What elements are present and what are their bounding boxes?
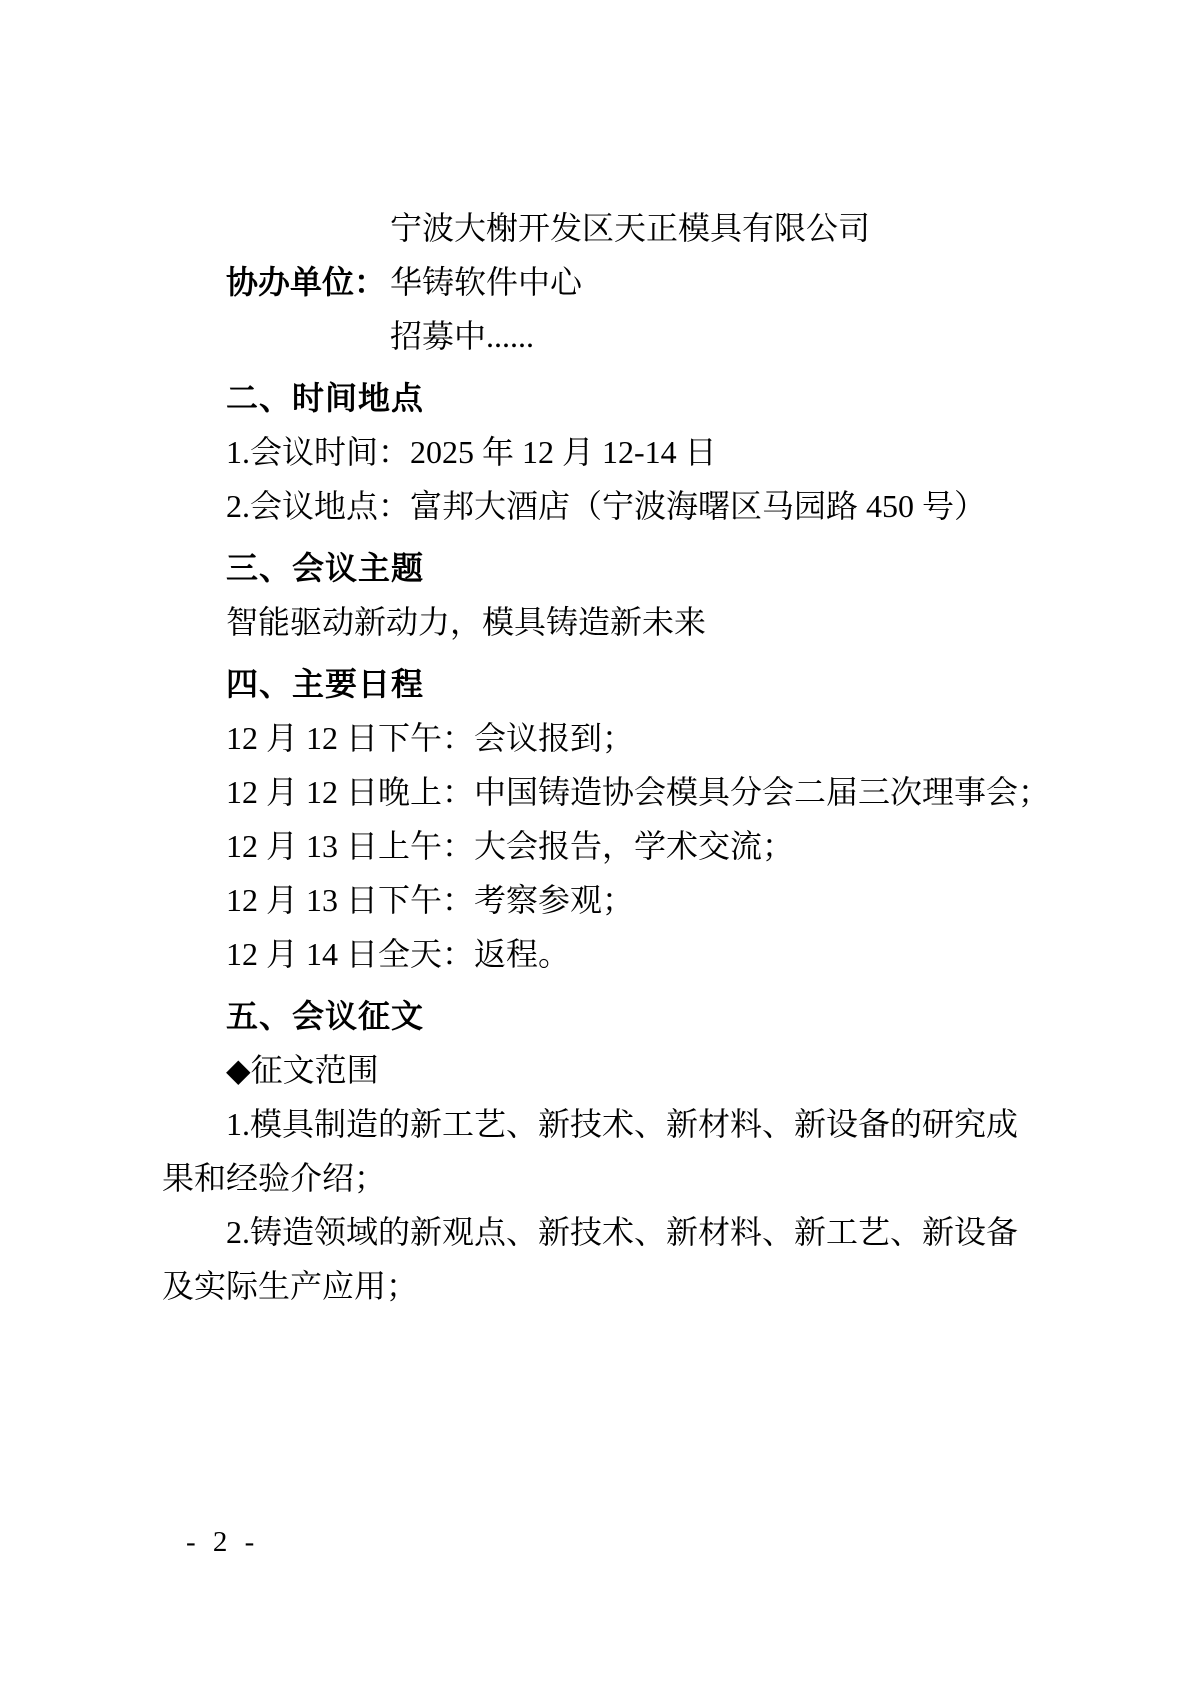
kv-label-spacer <box>162 201 390 255</box>
essay-scope-bullet-line: ◆征文范围 <box>162 1043 1052 1097</box>
co-organizer-value: 华铸软件中心 <box>390 255 1052 309</box>
organizer-block: 宁波大榭开发区天正模具有限公司 协办单位： 华铸软件中心 招募中...... <box>162 201 1052 363</box>
section-heading-time-place: 二、时间地点 <box>162 371 1052 425</box>
essay-item-1-line-2: 果和经验介绍； <box>162 1151 1052 1205</box>
schedule-line-2: 12 月 12 日晚上：中国铸造协会模具分会二届三次理事会； <box>162 765 1052 819</box>
organizer-continuation-text: 宁波大榭开发区天正模具有限公司 <box>390 201 1052 255</box>
schedule-line-4: 12 月 13 日下午：考察参观； <box>162 873 1052 927</box>
recruiting-text: 招募中...... <box>390 309 1052 363</box>
schedule-line-3: 12 月 13 日上午：大会报告，学术交流； <box>162 819 1052 873</box>
essay-item-2-line-1: 2.铸造领域的新观点、新技术、新材料、新工艺、新设备 <box>162 1205 1052 1259</box>
section-heading-theme: 三、会议主题 <box>162 541 1052 595</box>
essay-item-2-line-2: 及实际生产应用； <box>162 1259 1052 1313</box>
schedule-line-1: 12 月 12 日下午：会议报到； <box>162 711 1052 765</box>
recruiting-row: 招募中...... <box>162 309 1052 363</box>
schedule-line-5: 12 月 14 日全天：返程。 <box>162 927 1052 981</box>
document-page: 宁波大榭开发区天正模具有限公司 协办单位： 华铸软件中心 招募中...... 二… <box>0 0 1200 1697</box>
document-content: 宁波大榭开发区天正模具有限公司 协办单位： 华铸软件中心 招募中...... 二… <box>162 201 1052 1313</box>
section-heading-schedule: 四、主要日程 <box>162 657 1052 711</box>
meeting-time-line: 1.会议时间：2025 年 12 月 12-14 日 <box>162 425 1052 479</box>
meeting-place-line: 2.会议地点：富邦大酒店（宁波海曙区马园路 450 号） <box>162 479 1052 533</box>
kv-label-spacer <box>162 309 390 363</box>
essay-item-1-line-1: 1.模具制造的新工艺、新技术、新材料、新设备的研究成 <box>162 1097 1052 1151</box>
co-organizer-label: 协办单位： <box>162 255 390 309</box>
theme-line: 智能驱动新动力，模具铸造新未来 <box>162 595 1052 649</box>
page-number: - 2 - <box>186 1522 259 1562</box>
co-organizer-row: 协办单位： 华铸软件中心 <box>162 255 1052 309</box>
section-heading-call-for-papers: 五、会议征文 <box>162 989 1052 1043</box>
organizer-continuation-row: 宁波大榭开发区天正模具有限公司 <box>162 201 1052 255</box>
